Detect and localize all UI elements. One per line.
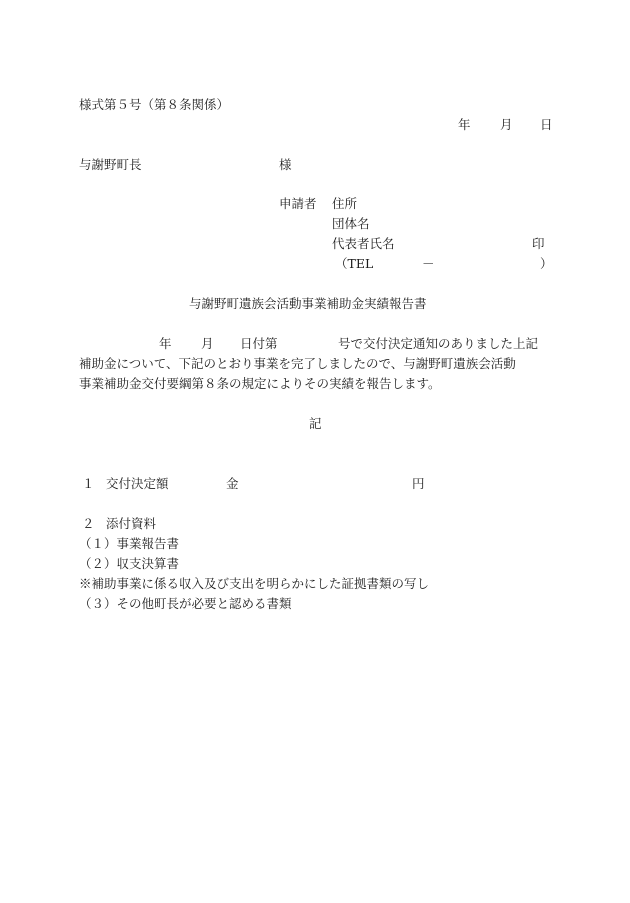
- representative-label: 代表者氏名: [332, 236, 395, 252]
- body-line1: 号で交付決定通知のありました上記: [338, 336, 538, 352]
- body-day-no: 日付第: [240, 336, 278, 352]
- group-name-label: 団体名: [332, 216, 370, 232]
- item1-number: １: [82, 476, 95, 492]
- item1-kin: 金: [226, 476, 239, 492]
- form-number: 様式第５号（第８条関係）: [79, 97, 229, 113]
- item2-label: 添付資料: [106, 516, 156, 532]
- item1-yen: 円: [412, 476, 425, 492]
- addressee-name: 与謝野町長: [79, 157, 142, 173]
- attachment-note: ※補助事業に係る収入及び支出を明らかにした証拠書類の写し: [79, 576, 429, 592]
- body-month: 月: [201, 336, 214, 352]
- body-year: 年: [159, 336, 172, 352]
- attachment-3: （３）その他町長が必要と認める書類: [79, 596, 292, 612]
- tel-close: ）: [540, 256, 553, 272]
- attachment-1: （１）事業報告書: [79, 536, 179, 552]
- tel-dash: －: [422, 256, 435, 272]
- body-line2: 補助金について、下記のとおり事業を完了しましたので、与謝野町遺族会活動: [79, 356, 516, 372]
- item2-number: ２: [82, 516, 95, 532]
- address-label: 住所: [332, 196, 357, 212]
- document-title: 与謝野町遺族会活動事業補助金実績報告書: [189, 296, 427, 312]
- body-line3: 事業補助金交付要綱第８条の規定によりその実績を報告します。: [79, 376, 441, 392]
- ki-heading: 記: [309, 416, 322, 432]
- addressee-honorific: 様: [279, 157, 292, 173]
- date-day: 日: [540, 117, 553, 133]
- applicant-label: 申請者: [279, 196, 317, 212]
- date-month: 月: [500, 117, 513, 133]
- tel-label: （TEL: [335, 256, 373, 272]
- date-year: 年: [458, 117, 471, 133]
- seal-mark: 印: [532, 236, 545, 252]
- item1-label: 交付決定額: [106, 476, 169, 492]
- attachment-2: （２）収支決算書: [79, 556, 179, 572]
